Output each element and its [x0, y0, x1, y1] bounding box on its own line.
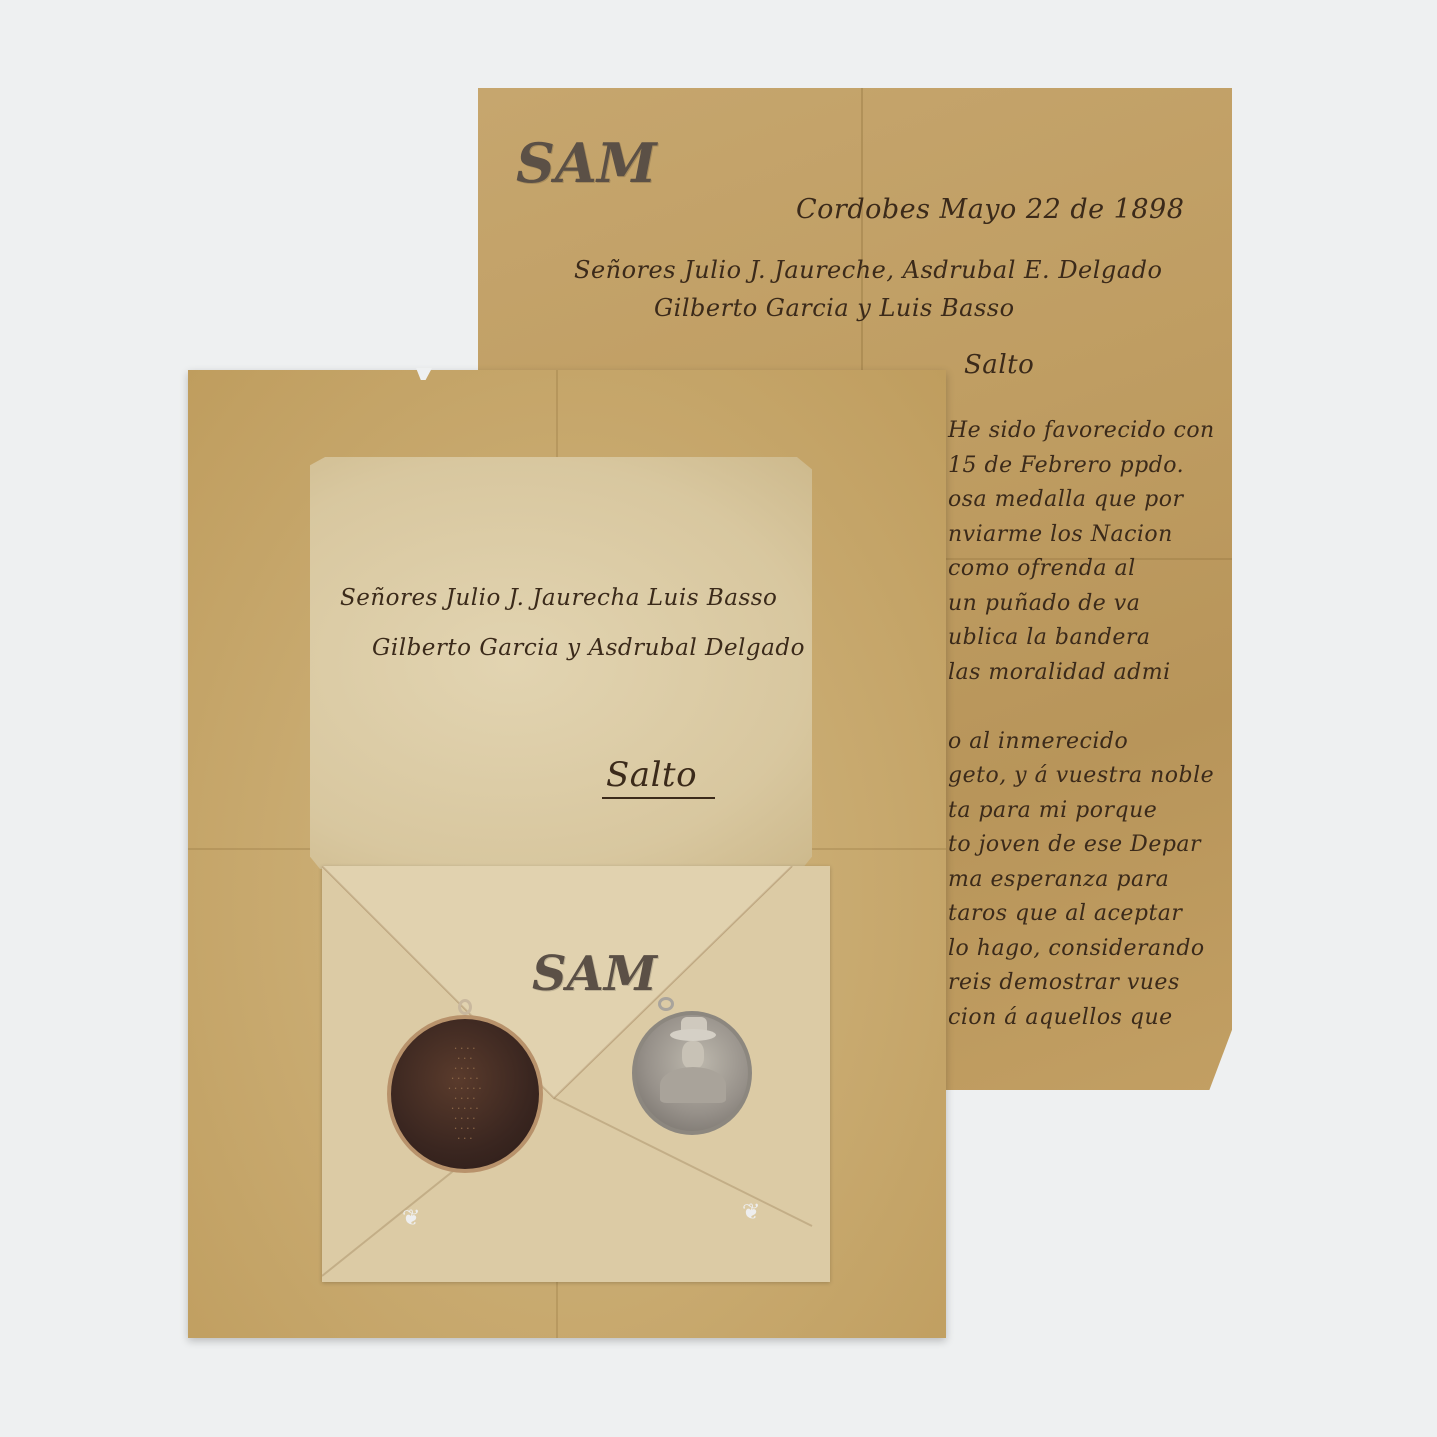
- letter-addressee-line1: Señores Julio J. Jaureche, Asdrubal E. D…: [574, 256, 1162, 284]
- ornament-icon: ❦: [742, 1200, 760, 1225]
- letter-body-line: un puñado de va: [948, 591, 1140, 616]
- card-addressee-line1: Señores Julio J. Jaurecha Luis Basso: [340, 585, 777, 611]
- paper-notch: [416, 368, 432, 380]
- bronze-medal: · · · · · · · · · · · · · · · · · · · · …: [387, 1015, 543, 1173]
- card-city: Salto: [602, 755, 715, 799]
- letter-body-line: ublica la bandera: [948, 625, 1151, 650]
- letter-body-line: o al inmerecido: [948, 729, 1128, 754]
- letter-body-line: taros que al aceptar: [948, 901, 1182, 926]
- letter-city: Salto: [964, 350, 1034, 380]
- letter-body-line: lo hago, considerando: [948, 936, 1205, 961]
- letter-body-line: las moralidad admi: [948, 660, 1171, 685]
- letter-addressee-line2: Gilberto Garcia y Luis Basso: [654, 294, 1015, 322]
- card-addressee-line2: Gilberto Garcia y Asdrubal Delgado: [372, 635, 805, 661]
- ornament-icon: ❦: [402, 1206, 420, 1231]
- monogram-icon: SAM: [532, 950, 657, 998]
- letter-body-line: reis demostrar vues: [948, 970, 1180, 995]
- letter-place-date: Cordobes Mayo 22 de 1898: [796, 194, 1184, 225]
- letter-body-line: ma esperanza para: [948, 867, 1169, 892]
- letter-body-line: nviarme los Nacion: [948, 522, 1173, 547]
- letter-body-line: He sido favorecido con: [948, 418, 1215, 443]
- medal-bail: [458, 999, 472, 1015]
- monogram-icon: SAM: [516, 136, 657, 190]
- medal-inscription: · · · · · · · · · · · · · · · · · · · · …: [448, 1044, 482, 1144]
- medal-portrait: [636, 1015, 748, 1131]
- letter-body-line: osa medalla que por: [948, 487, 1184, 512]
- silver-portrait-medal: [632, 1011, 752, 1135]
- letter-body-line: geto, y á vuestra noble: [948, 763, 1214, 788]
- address-card: Señores Julio J. Jaurecha Luis Basso Gil…: [310, 457, 812, 869]
- letter-body-line: to joven de ese Depar: [948, 832, 1201, 857]
- letter-body-line: como ofrenda al: [948, 556, 1136, 581]
- medal-bail: [658, 997, 674, 1011]
- letter-body-line: ta para mi porque: [948, 798, 1157, 823]
- letter-body-line: cion á aquellos que: [948, 1005, 1173, 1030]
- letter-body-line: 15 de Febrero ppdo.: [948, 453, 1184, 478]
